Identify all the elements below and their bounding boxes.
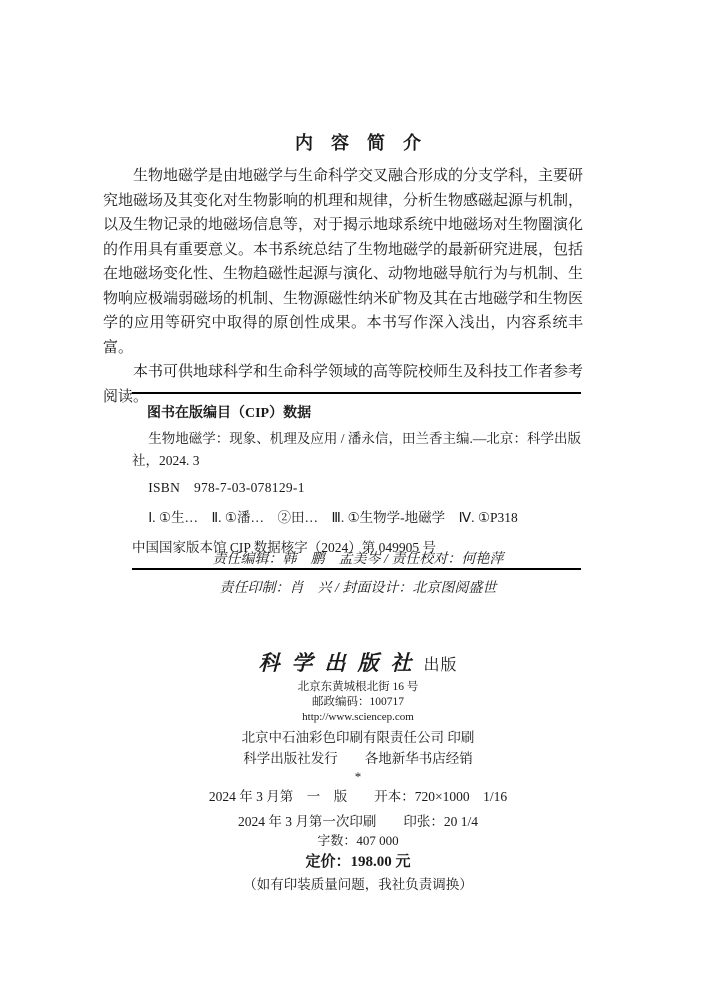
- isbn-number: ISBN 978-7-03-078129-1: [132, 476, 581, 496]
- publisher-logo-text: 科学出版社: [258, 651, 423, 675]
- asterisk-divider: *: [0, 770, 716, 783]
- publisher-suffix: 出版: [423, 657, 457, 674]
- distribution-line: 科学出版社发行 各地新华书店经销: [0, 750, 716, 768]
- credits-printing-design-line: 责任印制：肖 兴 / 封面设计：北京图阅盛世: [0, 579, 716, 599]
- printer-line: 北京中石油彩色印刷有限责任公司 印刷: [0, 729, 716, 747]
- cip-heading: 图书在版编目（CIP）数据: [147, 402, 581, 422]
- postal-code: 邮政编码：100717: [0, 695, 716, 710]
- cip-top-rule: [132, 392, 581, 394]
- imprint-block: 科学出版社出版 北京东黄城根北街 16 号 邮政编码：100717 http:/…: [0, 650, 716, 894]
- intro-title: 内 容 简 介: [0, 129, 716, 155]
- edition-line: 2024 年 3 月第 一 版 开本：720×1000 1/16: [0, 786, 716, 808]
- quality-note: （如有印装质量问题，我社负责调换）: [0, 876, 716, 894]
- publisher-website: http://www.sciencep.com: [0, 710, 716, 724]
- publisher-address: 北京东黄城根北街 16 号: [0, 680, 716, 695]
- publisher-line: 科学出版社出版: [0, 650, 716, 676]
- staff-credits: 责任编辑：韩 鹏 孟美岑 / 责任校对：何艳萍 责任印制：肖 兴 / 封面设计：…: [0, 550, 716, 599]
- printing-run-line: 2024 年 3 月第一次印刷 印张：20 1/4: [0, 811, 716, 833]
- credits-editors-line: 责任编辑：韩 鹏 孟美岑 / 责任校对：何艳萍: [0, 550, 716, 570]
- price-line: 定价：198.00 元: [0, 852, 716, 872]
- cip-data-block: 图书在版编目（CIP）数据 生物地磁学：现象、机理及应用 / 潘永信，田兰香主编…: [132, 392, 581, 570]
- intro-summary: 生物地磁学是由地磁学与生命科学交叉融合形成的分支学科，主要研究地磁场及其变化对生…: [103, 164, 583, 409]
- word-count-line: 字数：407 000: [0, 833, 716, 849]
- intro-paragraph-1: 生物地磁学是由地磁学与生命科学交叉融合形成的分支学科，主要研究地磁场及其变化对生…: [103, 164, 583, 360]
- cip-book-entry: 生物地磁学：现象、机理及应用 / 潘永信，田兰香主编.—北京：科学出版社，202…: [132, 428, 581, 471]
- cip-classification: Ⅰ. ①生… Ⅱ. ①潘… ②田… Ⅲ. ①生物学-地磁学 Ⅳ. ①P318: [132, 506, 581, 526]
